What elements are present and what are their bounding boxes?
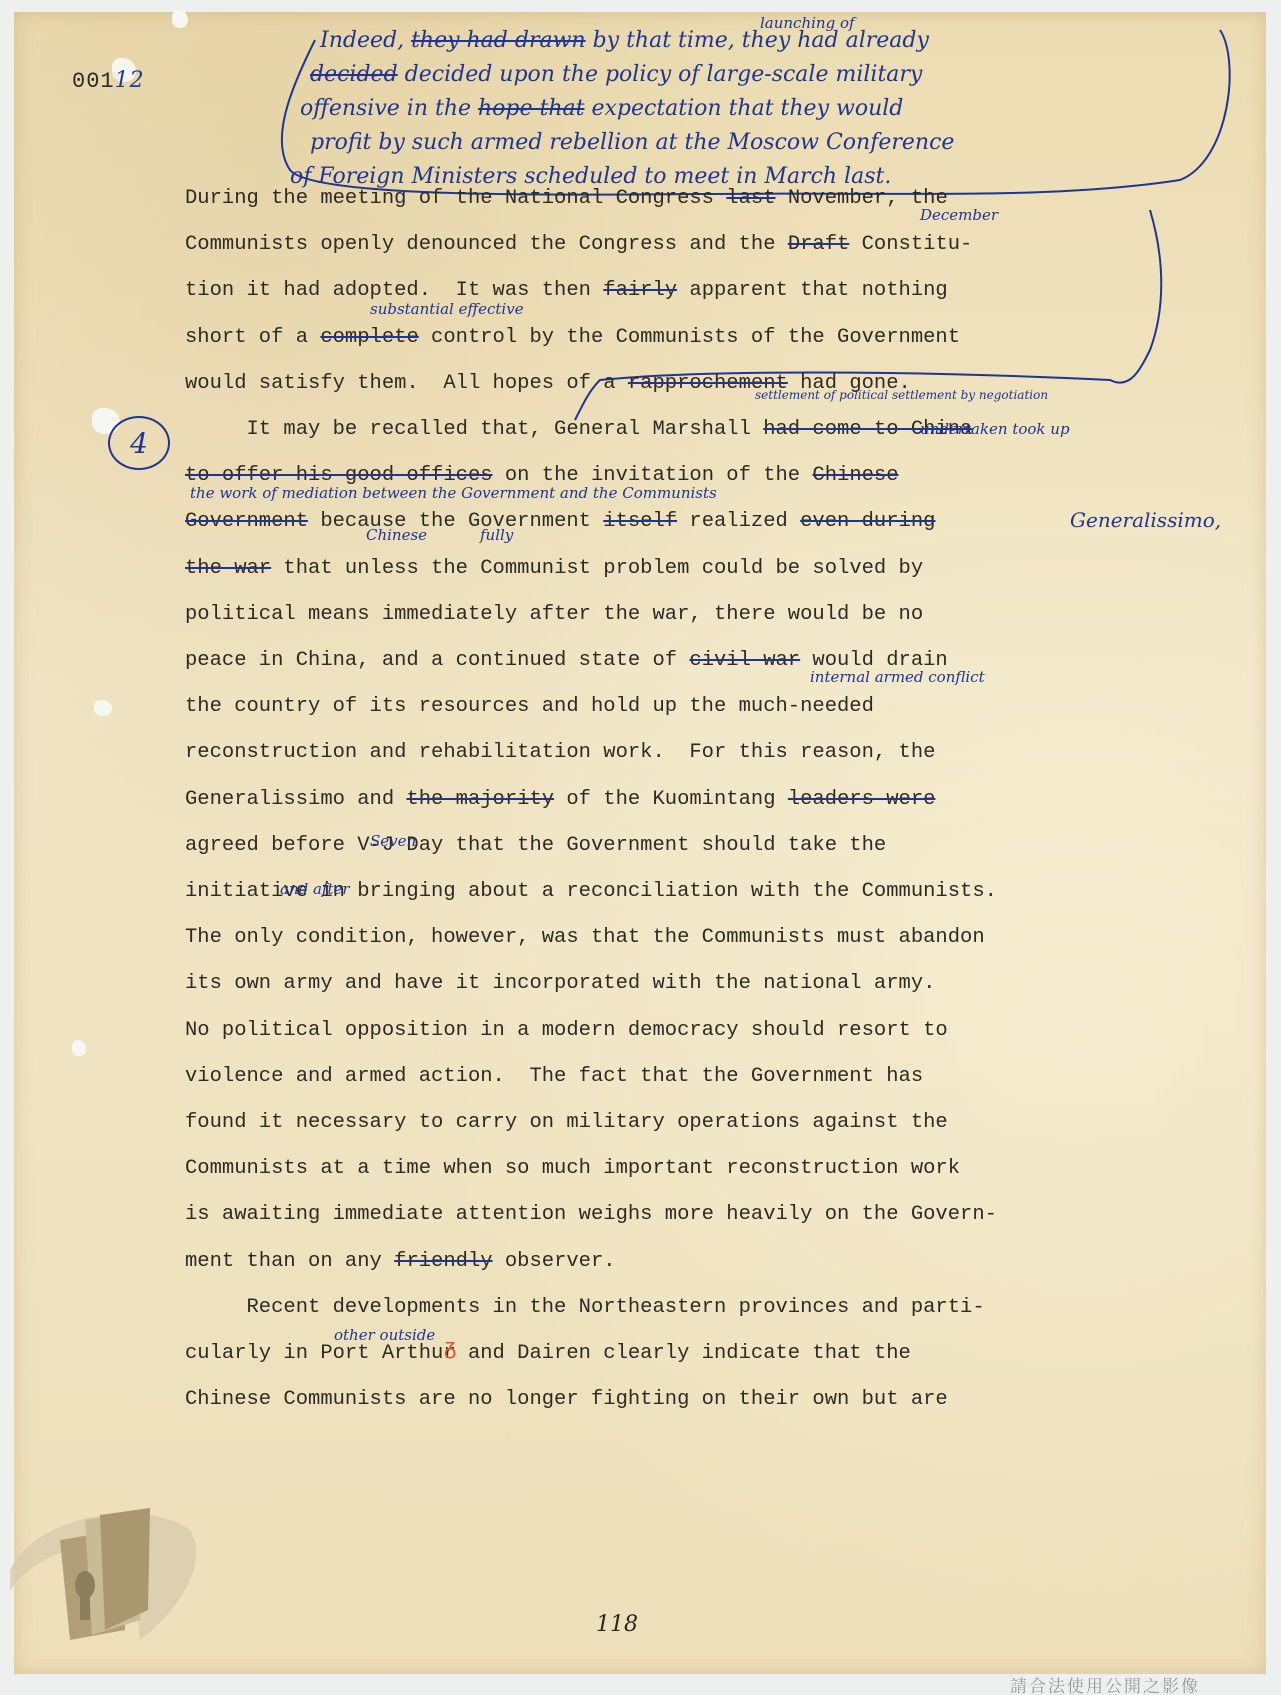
archive-logo-icon [0,1490,210,1660]
handwritten-insert: Indeed, they had drawn by that time, the… [270,24,1170,194]
typed-line: its own army and have it incorporated wi… [185,961,1105,1007]
paper-tear [94,700,112,716]
typed-line: Communists at a time when so much import… [185,1146,1105,1192]
interline-edit: Generalissimo, [1070,508,1221,532]
insert-line: profit by such armed rebellion at the Mo… [270,126,1170,160]
circled-section-number: 4 [108,416,170,470]
interline-edit: substantial effective [370,300,524,318]
interline-edit: other outside [334,1326,435,1344]
typed-line: reconstruction and rehabilitation work. … [185,730,1105,776]
typed-line: ment than on any friendly observer. [185,1239,1105,1285]
archive-number-handwritten: 12 [115,68,145,93]
typed-line: found it necessary to carry on military … [185,1100,1105,1146]
interline-edit: Seven [370,832,416,850]
typed-line: Recent developments in the Northeastern … [185,1285,1105,1331]
typed-line: short of a complete control by the Commu… [185,315,1105,361]
typed-line: political means immediately after the wa… [185,592,1105,638]
typed-line: is awaiting immediate attention weighs m… [185,1192,1105,1238]
typed-line: violence and armed action. The fact that… [185,1054,1105,1100]
typed-line: No political opposition in a modern demo… [185,1008,1105,1054]
insert-line: Indeed, they had drawn by that time, the… [270,24,1170,58]
interline-edit: and after [280,880,350,898]
interline-edit: the work of mediation between the Govern… [190,484,717,502]
typed-line: cularly in Port Arthur and Dairen clearl… [185,1331,1105,1377]
typed-line: tion it had adopted. It was then fairly … [185,268,1105,314]
typed-body: During the meeting of the National Congr… [185,176,1105,1423]
interline-edit: internal armed conflict [810,668,985,686]
paper-tear [172,10,188,28]
interline-edit: December [920,206,998,224]
typed-line: The only condition, however, was that th… [185,915,1105,961]
typed-line: agreed before V-J Day that the Governmen… [185,823,1105,869]
typed-line: Generalissimo and the majority of the Ku… [185,777,1105,823]
typed-line: Government because the Government itself… [185,499,1105,545]
red-pencil-mark: ᵹ [444,1334,456,1360]
watermark-text: 請合法使用公開之影像 [1010,1672,1200,1695]
interline-edit: Chinese [366,526,427,544]
archive-number-typed: 001 [72,69,115,94]
interline-edit: fully [480,526,513,544]
insert-line: decided decided upon the policy of large… [270,58,1170,92]
typed-line: Chinese Communists are no longer fightin… [185,1377,1105,1423]
typed-line: the war that unless the Communist proble… [185,546,1105,592]
typed-line: Communists openly denounced the Congress… [185,222,1105,268]
paper-tear [72,1040,86,1056]
typed-line: the country of its resources and hold up… [185,684,1105,730]
insert-line: offensive in the hope that expectation t… [270,92,1170,126]
page-number: 118 [596,1612,638,1637]
interline-edit: settlement of political settlement by ne… [755,388,1048,402]
interline-edit: launching of [760,14,855,32]
interline-edit: undertaken took up [920,420,1070,438]
archive-number: 00112 [72,68,145,94]
